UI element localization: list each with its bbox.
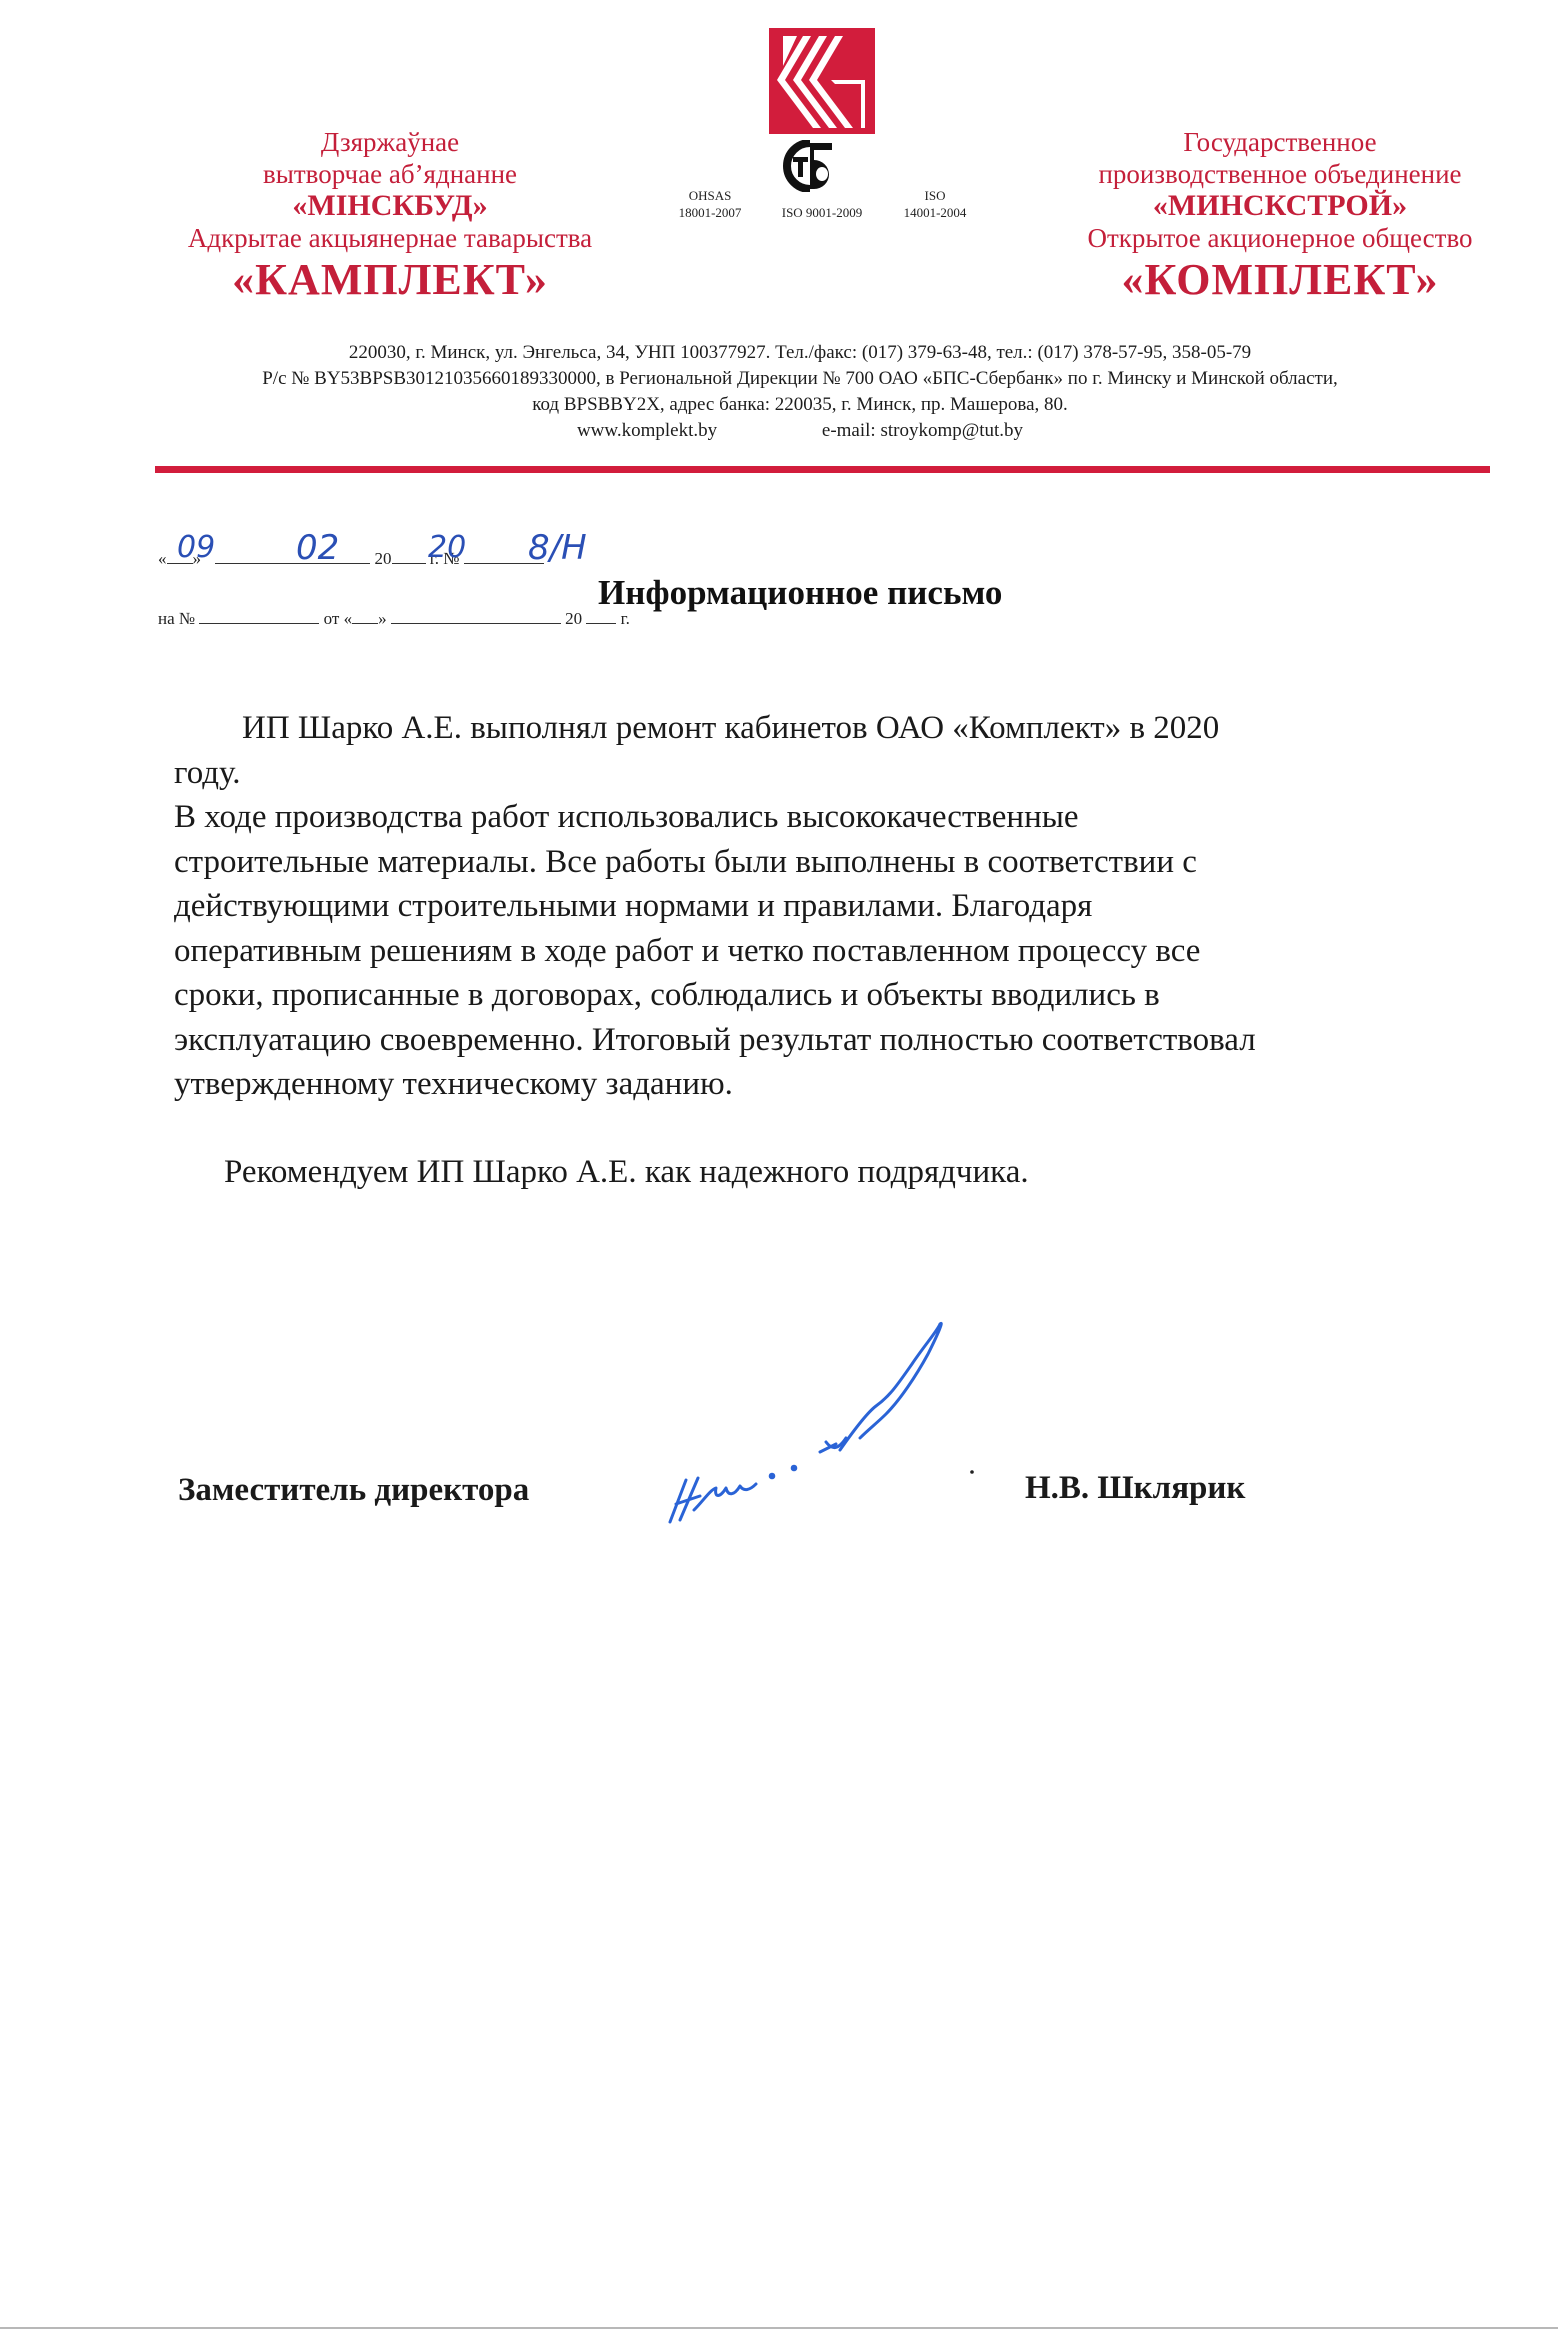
- paragraph-2-line-6: эксплуатацию своевременно. Итоговый резу…: [174, 1018, 1474, 1063]
- header-left-belarusian: Дзяржаўнае вытворчае аб’яднанне «МІНСКБУ…: [140, 126, 640, 306]
- year-field: [392, 545, 426, 564]
- signatory-name: Н.В. Шклярик: [1025, 1470, 1245, 1507]
- org-type-by: Дзяржаўнае: [140, 126, 640, 158]
- paragraph-2-line-7: утвержденному техническому заданию.: [174, 1062, 1474, 1107]
- letter-body: ИП Шарко А.Е. выполнял ремонт кабинетов …: [174, 706, 1474, 1107]
- scan-bottom-edge: [0, 2327, 1558, 2329]
- document-title: Информационное письмо: [598, 573, 1002, 613]
- month-field: [215, 545, 370, 564]
- stb-certification-mark-icon: [780, 140, 840, 192]
- komplekt-k-logo-icon: [769, 28, 875, 134]
- cert-ohsas: OHSAS 18001-2007: [660, 187, 760, 221]
- reply-month-field[interactable]: [391, 605, 561, 624]
- contacts-bank-account: Р/с № BY53BPSB30121035660189330000, в Ре…: [140, 366, 1460, 392]
- handwritten-month: 02: [296, 528, 339, 568]
- contacts-bank-code: код BPSBBY2X, адрес банка: 220035, г. Ми…: [140, 392, 1460, 418]
- company-name-ru: «КОМПЛЕКТ»: [1040, 254, 1520, 306]
- parent-org-ru: «МИНСКСТРОЙ»: [1040, 190, 1520, 222]
- paragraph-2-line-1: В ходе производства работ использовались…: [174, 795, 1474, 840]
- handwritten-number: 8/Н: [528, 528, 587, 568]
- cert-iso-9001: ISO 9001-2009: [762, 204, 882, 221]
- parent-org-by: «МІНСКБУД»: [140, 190, 640, 222]
- org-type-ru: Государственное: [1040, 126, 1520, 158]
- company-contacts: 220030, г. Минск, ул. Энгельса, 34, УНП …: [140, 340, 1460, 444]
- org-type-ru-2: производственное объединение: [1040, 158, 1520, 190]
- paragraph-2-line-3: действующими строительными нормами и пра…: [174, 884, 1474, 929]
- header-divider: [155, 466, 1490, 473]
- handwritten-signature-icon: [640, 1320, 1020, 1540]
- website-link[interactable]: www.komplekt.by: [577, 418, 717, 444]
- paragraph-1-line-1: ИП Шарко А.Е. выполнял ремонт кабинетов …: [174, 706, 1474, 751]
- company-form-ru: Открытое акционерное общество: [1040, 222, 1520, 254]
- paragraph-1-line-2: году.: [174, 751, 1474, 796]
- paragraph-2-line-4: оперативным решениям в ходе работ и четк…: [174, 929, 1474, 974]
- signatory-role: Заместитель директора: [178, 1472, 529, 1509]
- paragraph-2-line-2: строительные материалы. Все работы были …: [174, 840, 1474, 885]
- reply-number-field[interactable]: [199, 605, 319, 624]
- company-name-by: «КАМПЛЕКТ»: [140, 254, 640, 306]
- reply-day-field[interactable]: [352, 605, 378, 624]
- org-type-by-2: вытворчае аб’яднанне: [140, 158, 640, 190]
- handwritten-day: 09: [177, 530, 215, 565]
- reply-reference: на № от «» 20 г.: [158, 605, 630, 629]
- handwritten-year: 20: [428, 530, 466, 565]
- email-link[interactable]: e-mail: stroykomp@tut.by: [822, 420, 1023, 441]
- recommendation: Рекомендуем ИП Шарко А.Е. как надежного …: [224, 1154, 1029, 1191]
- paragraph-2-line-5: сроки, прописанные в договорах, соблюдал…: [174, 973, 1474, 1018]
- header-right-russian: Государственное производственное объедин…: [1040, 126, 1520, 306]
- company-form-by: Адкрытае акцыянернае таварыства: [140, 222, 640, 254]
- contacts-address-phone: 220030, г. Минск, ул. Энгельса, 34, УНП …: [140, 340, 1460, 366]
- cert-iso-14001: ISO 14001-2004: [880, 187, 990, 221]
- outgoing-reference: «» 20 г. №: [158, 545, 544, 569]
